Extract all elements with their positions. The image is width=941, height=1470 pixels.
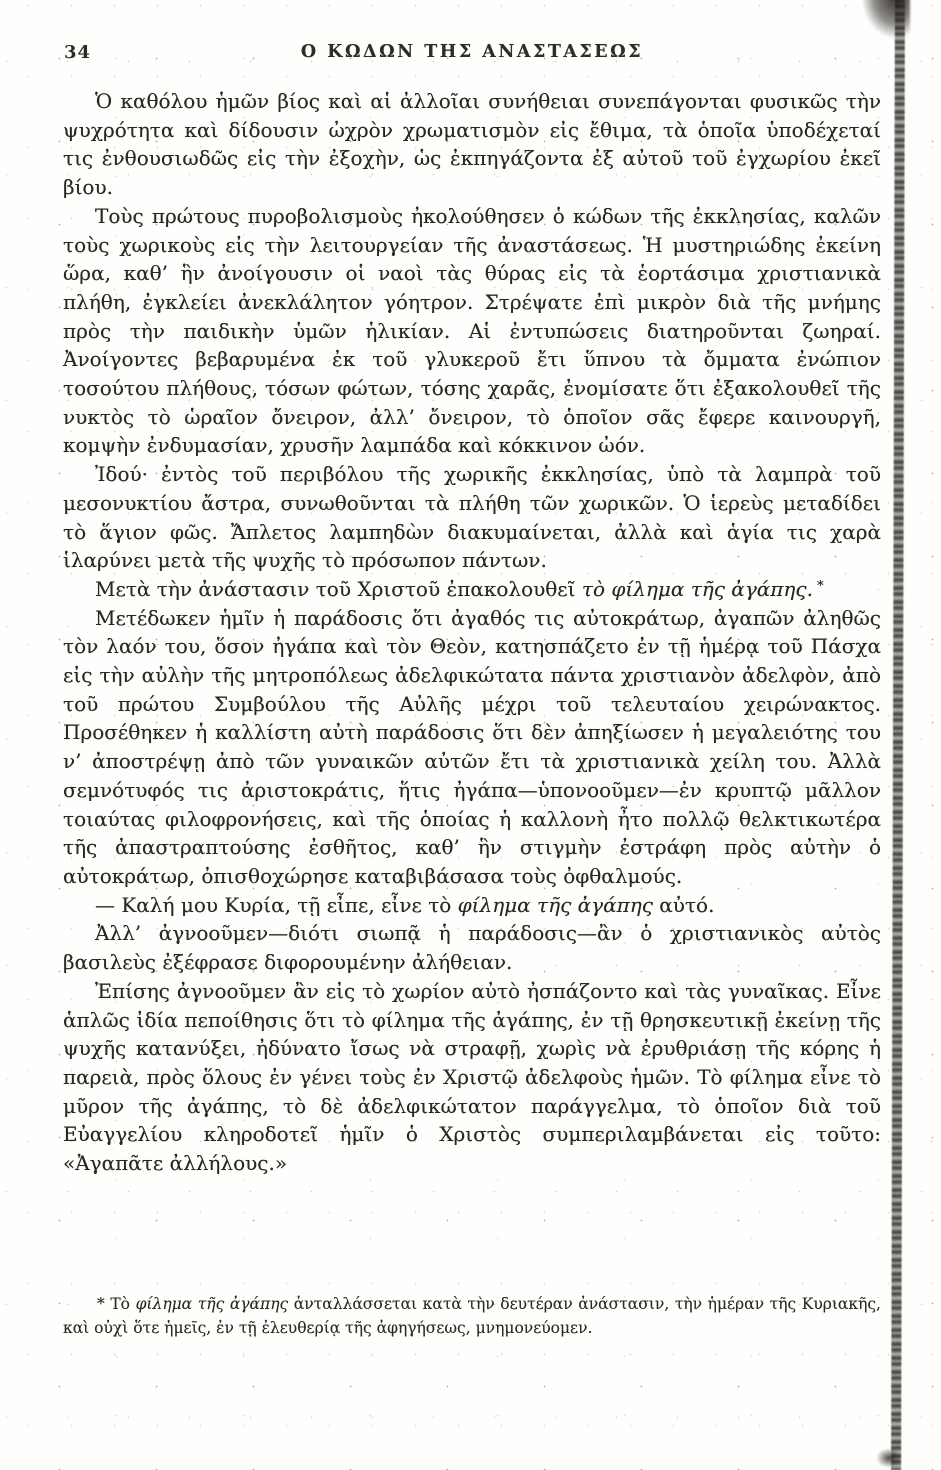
text-run: Τοὺς πρώτους πυροβολισμοὺς ἠκολούθησεν ὁ… bbox=[63, 204, 881, 458]
paragraph: Ἰδού· ἐντὸς τοῦ περιβόλου τῆς χωρικῆς ἐκ… bbox=[63, 460, 881, 575]
italic-phrase: τὸ φίλημα τῆς ἀγάπης. bbox=[582, 577, 813, 601]
paragraph: Τοὺς πρώτους πυροβολισμοὺς ἠκολούθησεν ὁ… bbox=[63, 202, 881, 460]
text-run: Μετὰ τὴν ἀνάστασιν τοῦ Χριστοῦ ἐπακολουθ… bbox=[95, 577, 582, 601]
text-run: Μετέδωκεν ἡμῖν ἡ παράδοσις ὅτι ἀγαθός τι… bbox=[63, 606, 881, 888]
scanned-book-page: 34 Ο ΚΩΔΩΝ ΤΗΣ ΑΝΑΣΤΑΣΕΩΣ Ὁ καθόλου ἡμῶν… bbox=[0, 0, 941, 1470]
page-edge-shadow bbox=[891, 0, 905, 1470]
paragraph: Μετέδωκεν ἡμῖν ἡ παράδοσις ὅτι ἀγαθός τι… bbox=[63, 604, 881, 891]
running-header-title: Ο ΚΩΔΩΝ ΤΗΣ ΑΝΑΣΤΑΣΕΩΣ bbox=[63, 42, 881, 62]
italic-phrase: φίλημα τῆς ἀγάπης bbox=[136, 1295, 289, 1313]
paragraph: Ἐπίσης ἀγνοοῦμεν ἂν εἰς τὸ χωρίον αὐτὸ ἠ… bbox=[63, 977, 881, 1178]
footnote-marker: * bbox=[813, 579, 824, 594]
footnote: * Τὸ φίλημα τῆς ἀγάπης ἀνταλλάσσεται κατ… bbox=[63, 1292, 881, 1340]
page-edge-shadow-top bbox=[862, 0, 910, 38]
paragraph: Μετὰ τὴν ἀνάστασιν τοῦ Χριστοῦ ἐπακολουθ… bbox=[63, 575, 881, 604]
paragraph: — Καλή μου Κυρία, τῇ εἶπε, εἶνε τὸ φίλημ… bbox=[63, 891, 881, 920]
text-run: αὐτό. bbox=[653, 893, 714, 917]
text-run: Ὁ καθόλου ἡμῶν βίος καὶ αἱ ἀλλοῖαι συνήθ… bbox=[63, 89, 881, 199]
paragraph: Ὁ καθόλου ἡμῶν βίος καὶ αἱ ἀλλοῖαι συνήθ… bbox=[63, 87, 881, 202]
text-run: Ἰδού· ἐντὸς τοῦ περιβόλου τῆς χωρικῆς ἐκ… bbox=[63, 462, 881, 572]
text-run: * Τὸ bbox=[97, 1295, 136, 1313]
text-block: Ὁ καθόλου ἡμῶν βίος καὶ αἱ ἀλλοῖαι συνήθ… bbox=[63, 87, 881, 1178]
text-run: — Καλή μου Κυρία, τῇ εἶπε, εἶνε τὸ bbox=[95, 893, 458, 917]
text-run: Ἀλλ’ ἀγνοοῦμεν—διότι σιωπᾷ ἡ παράδοσις—ἂ… bbox=[63, 921, 881, 974]
text-run: Ἐπίσης ἀγνοοῦμεν ἂν εἰς τὸ χωρίον αὐτὸ ἠ… bbox=[63, 979, 881, 1175]
paragraph: Ἀλλ’ ἀγνοοῦμεν—διότι σιωπᾷ ἡ παράδοσις—ἂ… bbox=[63, 919, 881, 976]
italic-phrase: φίλημα τῆς ἀγάπης bbox=[458, 893, 653, 917]
page-edge-shadow-bottom bbox=[876, 1448, 902, 1468]
